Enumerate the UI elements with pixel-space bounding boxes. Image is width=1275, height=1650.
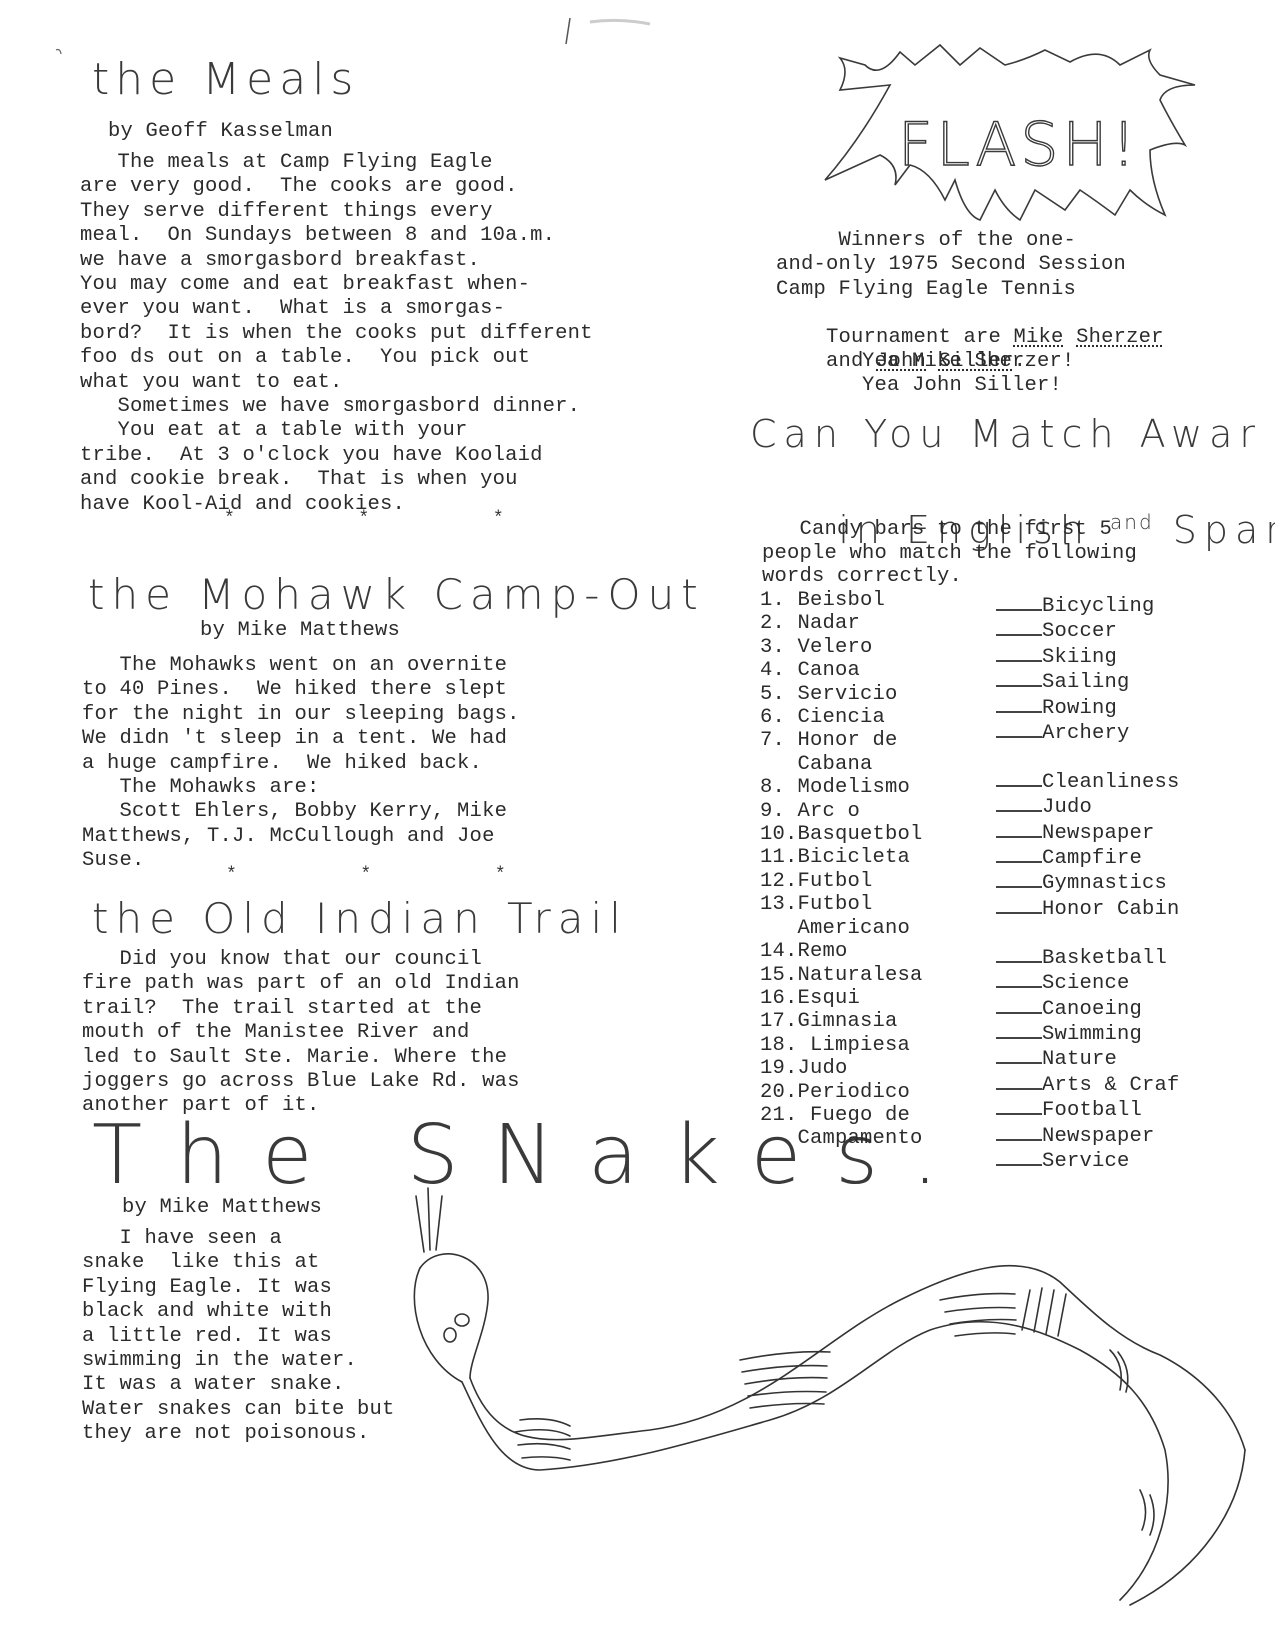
spanish-word: Cabana: [760, 753, 923, 776]
body-line: led to Sault Ste. Marie. Where the: [82, 1046, 520, 1070]
english-answer-row: Newspaper: [996, 1123, 1181, 1148]
english-word: Basketball: [1042, 947, 1167, 970]
spanish-word: 12.Futbol: [760, 870, 923, 893]
spanish-word: 4. Canoa: [760, 659, 923, 682]
answer-blank[interactable]: [996, 695, 1042, 713]
quiz-title-line1: Can You Match Awar: [750, 412, 1262, 456]
body-line: to 40 Pines. We hiked there slept: [82, 678, 520, 702]
section-separator: * * *: [224, 509, 510, 529]
body-line: words correctly.: [762, 565, 1137, 589]
cheer-line: Yea John Siller!: [812, 374, 1075, 398]
answer-blank[interactable]: [996, 1123, 1042, 1141]
flash-body: Winners of the one-and-only 1975 Second …: [776, 229, 1126, 302]
cheer-line: Yea Mike Sherzer!: [812, 350, 1075, 374]
english-word: Soccer: [1042, 620, 1117, 643]
article-byline: by Mike Matthews: [122, 1196, 322, 1220]
english-word: Nature: [1042, 1048, 1117, 1071]
english-answer-row: Basketball: [996, 945, 1181, 970]
english-word: Sailing: [1042, 671, 1130, 694]
spanish-word: 9. Arc o: [760, 800, 923, 823]
answer-blank[interactable]: [996, 896, 1042, 914]
body-line: Winners of the one-: [776, 229, 1126, 253]
body-line: Camp Flying Eagle Tennis: [776, 278, 1126, 302]
english-word: Football: [1042, 1099, 1142, 1122]
english-word: Cleanliness: [1042, 771, 1180, 794]
spanish-word: 13.Futbol: [760, 893, 923, 916]
body-line: You eat at a table with your: [80, 419, 593, 443]
answer-blank[interactable]: [996, 669, 1042, 687]
english-answer-row: Newspaper: [996, 820, 1181, 845]
body-line: swimming in the water.: [82, 1349, 395, 1373]
spanish-word: 7. Honor de: [760, 729, 923, 752]
body-line: what you want to eat.: [80, 371, 593, 395]
cheers: Yea Mike Sherzer! Yea John Siller!: [812, 350, 1075, 399]
answer-blank[interactable]: [996, 1021, 1042, 1039]
answer-blank[interactable]: [996, 769, 1042, 787]
body-line: are very good. The cooks are good.: [80, 175, 593, 199]
spanish-word: 14.Remo: [760, 940, 923, 963]
quiz-title-spanish: Span: [1173, 508, 1275, 552]
answer-blank[interactable]: [996, 794, 1042, 812]
body-line: foo ds out on a table. You pick out: [80, 346, 593, 370]
english-word: Honor Cabin: [1042, 898, 1180, 921]
spanish-word: 1. Beisbol: [760, 589, 923, 612]
english-word: Service: [1042, 1150, 1130, 1173]
body-line: Matthews, T.J. McCullough and Joe: [82, 825, 520, 849]
article-body-trail: Did you know that our councilfire path w…: [82, 948, 520, 1119]
body-line: snake like this at: [82, 1251, 395, 1275]
english-answer-row: Canoeing: [996, 996, 1181, 1021]
spanish-word: 3. Velero: [760, 636, 923, 659]
english-word: Archery: [1042, 722, 1130, 745]
answer-blank[interactable]: [996, 593, 1042, 611]
body-line: The meals at Camp Flying Eagle: [80, 151, 593, 175]
english-answer-row: Bicycling: [996, 593, 1181, 618]
answer-blank[interactable]: [996, 870, 1042, 888]
body-line: we have a smorgasbord breakfast.: [80, 249, 593, 273]
article-title-meals: the Meals: [92, 54, 359, 105]
svg-text:FLASH!: FLASH!: [898, 110, 1140, 180]
english-word: Gymnastics: [1042, 872, 1167, 895]
spanish-word: Americano: [760, 917, 923, 940]
body-line: It was a water snake.: [82, 1373, 395, 1397]
body-line: They serve different things every: [80, 200, 593, 224]
english-answer-row: Soccer: [996, 618, 1181, 643]
body-line: We didn 't sleep in a tent. We had: [82, 727, 520, 751]
winner-1-last: Sherzer: [1076, 326, 1164, 349]
body-line: fire path was part of an old Indian: [82, 972, 520, 996]
english-answer-row: Archery: [996, 720, 1181, 745]
english-answer-row: Campfire: [996, 845, 1181, 870]
english-answer-row: Rowing: [996, 695, 1181, 720]
english-word: Newspaper: [1042, 822, 1155, 845]
body-line: Sometimes we have smorgasbord dinner.: [80, 395, 593, 419]
spanish-word: 5. Servicio: [760, 683, 923, 706]
answer-blank[interactable]: [996, 996, 1042, 1014]
quiz-spanish-list: 1. Beisbol2. Nadar3. Velero4. Canoa5. Se…: [760, 589, 923, 1151]
english-word: Swimming: [1042, 1023, 1142, 1046]
body-line: The Mohawks went on an overnite: [82, 654, 520, 678]
english-answer-row: Skiing: [996, 644, 1181, 669]
body-line: a little red. It was: [82, 1325, 395, 1349]
body-line: Water snakes can bite but: [82, 1398, 395, 1422]
article-body-meals: The meals at Camp Flying Eagleare very g…: [80, 151, 593, 517]
english-word: Campfire: [1042, 847, 1142, 870]
body-line: a huge campfire. We hiked back.: [82, 752, 520, 776]
article-byline: by Geoff Kasselman: [108, 120, 333, 144]
body-line: people who match the following: [762, 542, 1137, 566]
spanish-word: Campamento: [760, 1127, 923, 1150]
english-answer-row: Cleanliness: [996, 769, 1181, 794]
body-line: Scott Ehlers, Bobby Kerry, Mike: [82, 800, 520, 824]
english-answer-row: Science: [996, 970, 1181, 995]
english-answer-row: Sailing: [996, 669, 1181, 694]
body-line: they are not poisonous.: [82, 1422, 395, 1446]
body-line: and cookie break. That is when you: [80, 468, 593, 492]
english-word: Canoeing: [1042, 998, 1142, 1021]
body-line: and-only 1975 Second Session: [776, 253, 1126, 277]
flash-burst-icon: FLASH!: [820, 40, 1220, 240]
body-line: Flying Eagle. It was: [82, 1276, 395, 1300]
english-answer-row: Service: [996, 1148, 1181, 1173]
answer-blank[interactable]: [996, 970, 1042, 988]
body-line: Candy bars to the first 5: [762, 518, 1137, 542]
english-answer-row: Football: [996, 1097, 1181, 1122]
english-answer-row: Nature: [996, 1046, 1181, 1071]
body-line: The Mohawks are:: [82, 776, 520, 800]
answer-blank[interactable]: [996, 1046, 1042, 1064]
english-answer-row: Gymnastics: [996, 870, 1181, 895]
article-title-mohawk: the Mohawk Camp-Out: [88, 570, 705, 619]
answer-blank[interactable]: [996, 845, 1042, 863]
spanish-word: 19.Judo: [760, 1057, 923, 1080]
body-line: black and white with: [82, 1300, 395, 1324]
spanish-word: 16.Esqui: [760, 987, 923, 1010]
spanish-word: 18. Limpiesa: [760, 1034, 923, 1057]
spanish-word: 21. Fuego de: [760, 1104, 923, 1127]
answer-blank[interactable]: [996, 618, 1042, 636]
english-answer-row: Swimming: [996, 1021, 1181, 1046]
answer-blank[interactable]: [996, 820, 1042, 838]
spanish-word: 20.Periodico: [760, 1081, 923, 1104]
answer-blank[interactable]: [996, 1097, 1042, 1115]
spanish-word: 10.Basquetbol: [760, 823, 923, 846]
english-word: Judo: [1042, 796, 1092, 819]
english-word: Newspaper: [1042, 1125, 1155, 1148]
body-line: Did you know that our council: [82, 948, 520, 972]
english-word: Science: [1042, 972, 1130, 995]
spacer: [996, 1173, 1181, 1196]
article-byline: by Mike Matthews: [200, 619, 400, 643]
body-line: ever you want. What is a smorgas-: [80, 297, 593, 321]
article-title-trail: the Old Indian Trail: [92, 894, 628, 943]
english-answer-row: Honor Cabin: [996, 896, 1181, 921]
english-answer-row: Arts & Crafts: [996, 1072, 1181, 1097]
english-answer-row: Judo: [996, 794, 1181, 819]
spanish-word: 6. Ciencia: [760, 706, 923, 729]
spanish-word: 11.Bicicleta: [760, 846, 923, 869]
spanish-word: 15.Naturalesa: [760, 964, 923, 987]
article-body-snakes: I have seen asnake like this atFlying Ea…: [82, 1227, 395, 1447]
section-separator: * * *: [226, 865, 512, 885]
quiz-intro: Candy bars to the first 5people who matc…: [762, 518, 1137, 589]
body-line: trail? The trail started at the: [82, 997, 520, 1021]
spanish-word: 8. Modelismo: [760, 776, 923, 799]
body-line: bord? It is when the cooks put different: [80, 322, 593, 346]
spacer: [996, 745, 1181, 768]
body-line: tribe. At 3 o'clock you have Koolaid: [80, 444, 593, 468]
spanish-word: 2. Nadar: [760, 612, 923, 635]
body-line: I have seen a: [82, 1227, 395, 1251]
answer-blank[interactable]: [996, 644, 1042, 662]
english-word: Bicycling: [1042, 595, 1155, 618]
english-word: Rowing: [1042, 697, 1117, 720]
body-line: joggers go across Blue Lake Rd. was: [82, 1070, 520, 1094]
body-line: for the night in our sleeping bags.: [82, 703, 520, 727]
answer-blank[interactable]: [996, 1148, 1042, 1166]
spacer: [996, 921, 1181, 944]
quiz-english-list: BicyclingSoccerSkiingSailingRowingArcher…: [996, 593, 1181, 1197]
body-line: mouth of the Manistee River and: [82, 1021, 520, 1045]
spanish-word: 17.Gimnasia: [760, 1010, 923, 1033]
body-line: meal. On Sundays between 8 and 10a.m.: [80, 224, 593, 248]
answer-blank[interactable]: [996, 720, 1042, 738]
body-line: You may come and eat breakfast when-: [80, 273, 593, 297]
english-word: Arts & Crafts: [1042, 1074, 1181, 1097]
answer-blank[interactable]: [996, 945, 1042, 963]
english-word: Skiing: [1042, 646, 1117, 669]
answer-blank[interactable]: [996, 1072, 1042, 1090]
article-body-mohawk: The Mohawks went on an overniteto 40 Pin…: [82, 654, 520, 874]
